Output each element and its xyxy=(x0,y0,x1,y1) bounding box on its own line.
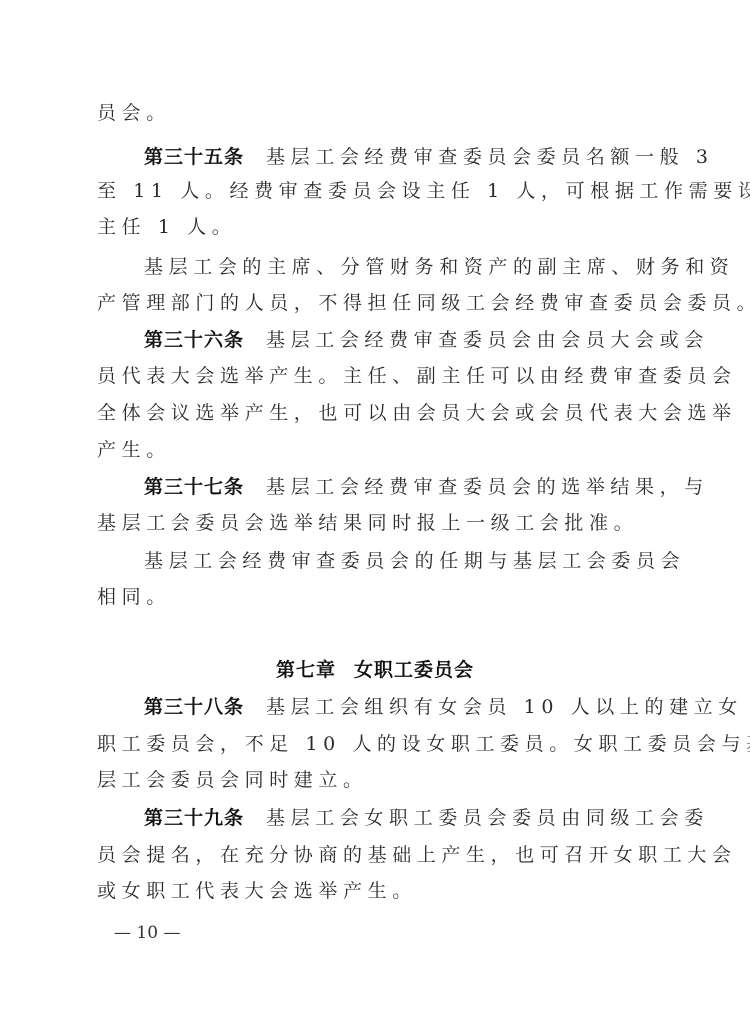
article-heading: 第三十九条 xyxy=(144,807,244,829)
chapter-number: 第七章 xyxy=(276,659,336,681)
article-text: 基层工会经费审查委员会委员名额一般 3 xyxy=(266,146,714,168)
article-35-line: 第三十五条基层工会经费审查委员会委员名额一般 3 xyxy=(144,142,653,172)
paragraph-line: 职工委员会，不足 10 人的设女职工委员。女职工委员会与基 xyxy=(97,729,653,759)
paragraph-line: 基层工会委员会选举结果同时报上一级工会批准。 xyxy=(97,508,653,538)
article-heading: 第三十五条 xyxy=(144,146,244,168)
article-36-line: 第三十六条基层工会经费审查委员会由会员大会或会 xyxy=(144,325,653,355)
paragraph-line: 产管理部门的人员，不得担任同级工会经费审查委员会委员。 xyxy=(97,288,653,318)
chapter-heading: 第七章女职工委员会 xyxy=(0,655,750,685)
article-text: 基层工会经费审查委员会的选举结果，与 xyxy=(266,476,709,498)
paragraph-line: 产生。 xyxy=(97,435,653,465)
article-heading: 第三十七条 xyxy=(144,476,244,498)
article-text: 基层工会女职工委员会委员由同级工会委 xyxy=(266,807,709,829)
paragraph-line: 全体会议选举产生，也可以由会员大会或会员代表大会选举 xyxy=(97,398,653,428)
paragraph-line: 基层工会的主席、分管财务和资产的副主席、财务和资 xyxy=(144,252,653,282)
paragraph-line: 基层工会经费审查委员会的任期与基层工会委员会 xyxy=(144,546,653,576)
document-page: 员会。 第三十五条基层工会经费审查委员会委员名额一般 3 至 11 人。经费审查… xyxy=(0,0,750,1024)
paragraph-line: 员代表大会选举产生。主任、副主任可以由经费审查委员会 xyxy=(97,361,653,391)
article-text: 基层工会经费审查委员会由会员大会或会 xyxy=(266,329,709,351)
article-heading: 第三十六条 xyxy=(144,329,244,351)
article-heading: 第三十八条 xyxy=(144,696,244,718)
paragraph-line: 员会提名，在充分协商的基础上产生，也可召开女职工大会 xyxy=(97,840,653,870)
article-37-line: 第三十七条基层工会经费审查委员会的选举结果，与 xyxy=(144,472,653,502)
paragraph-line: 或女职工代表大会选举产生。 xyxy=(97,876,653,906)
paragraph-line: 相同。 xyxy=(97,582,653,612)
paragraph-line: 层工会委员会同时建立。 xyxy=(97,765,653,795)
paragraph-line: 至 11 人。经费审查委员会设主任 1 人，可根据工作需要设副 xyxy=(97,176,653,206)
article-39-line: 第三十九条基层工会女职工委员会委员由同级工会委 xyxy=(144,803,653,833)
page-number: — 10 — xyxy=(114,921,180,945)
chapter-title: 女职工委员会 xyxy=(354,659,474,681)
article-text: 基层工会组织有女会员 10 人以上的建立女 xyxy=(266,696,743,718)
paragraph-line: 主任 1 人。 xyxy=(97,212,653,242)
paragraph-line: 员会。 xyxy=(97,98,653,128)
article-38-line: 第三十八条基层工会组织有女会员 10 人以上的建立女 xyxy=(144,692,653,722)
